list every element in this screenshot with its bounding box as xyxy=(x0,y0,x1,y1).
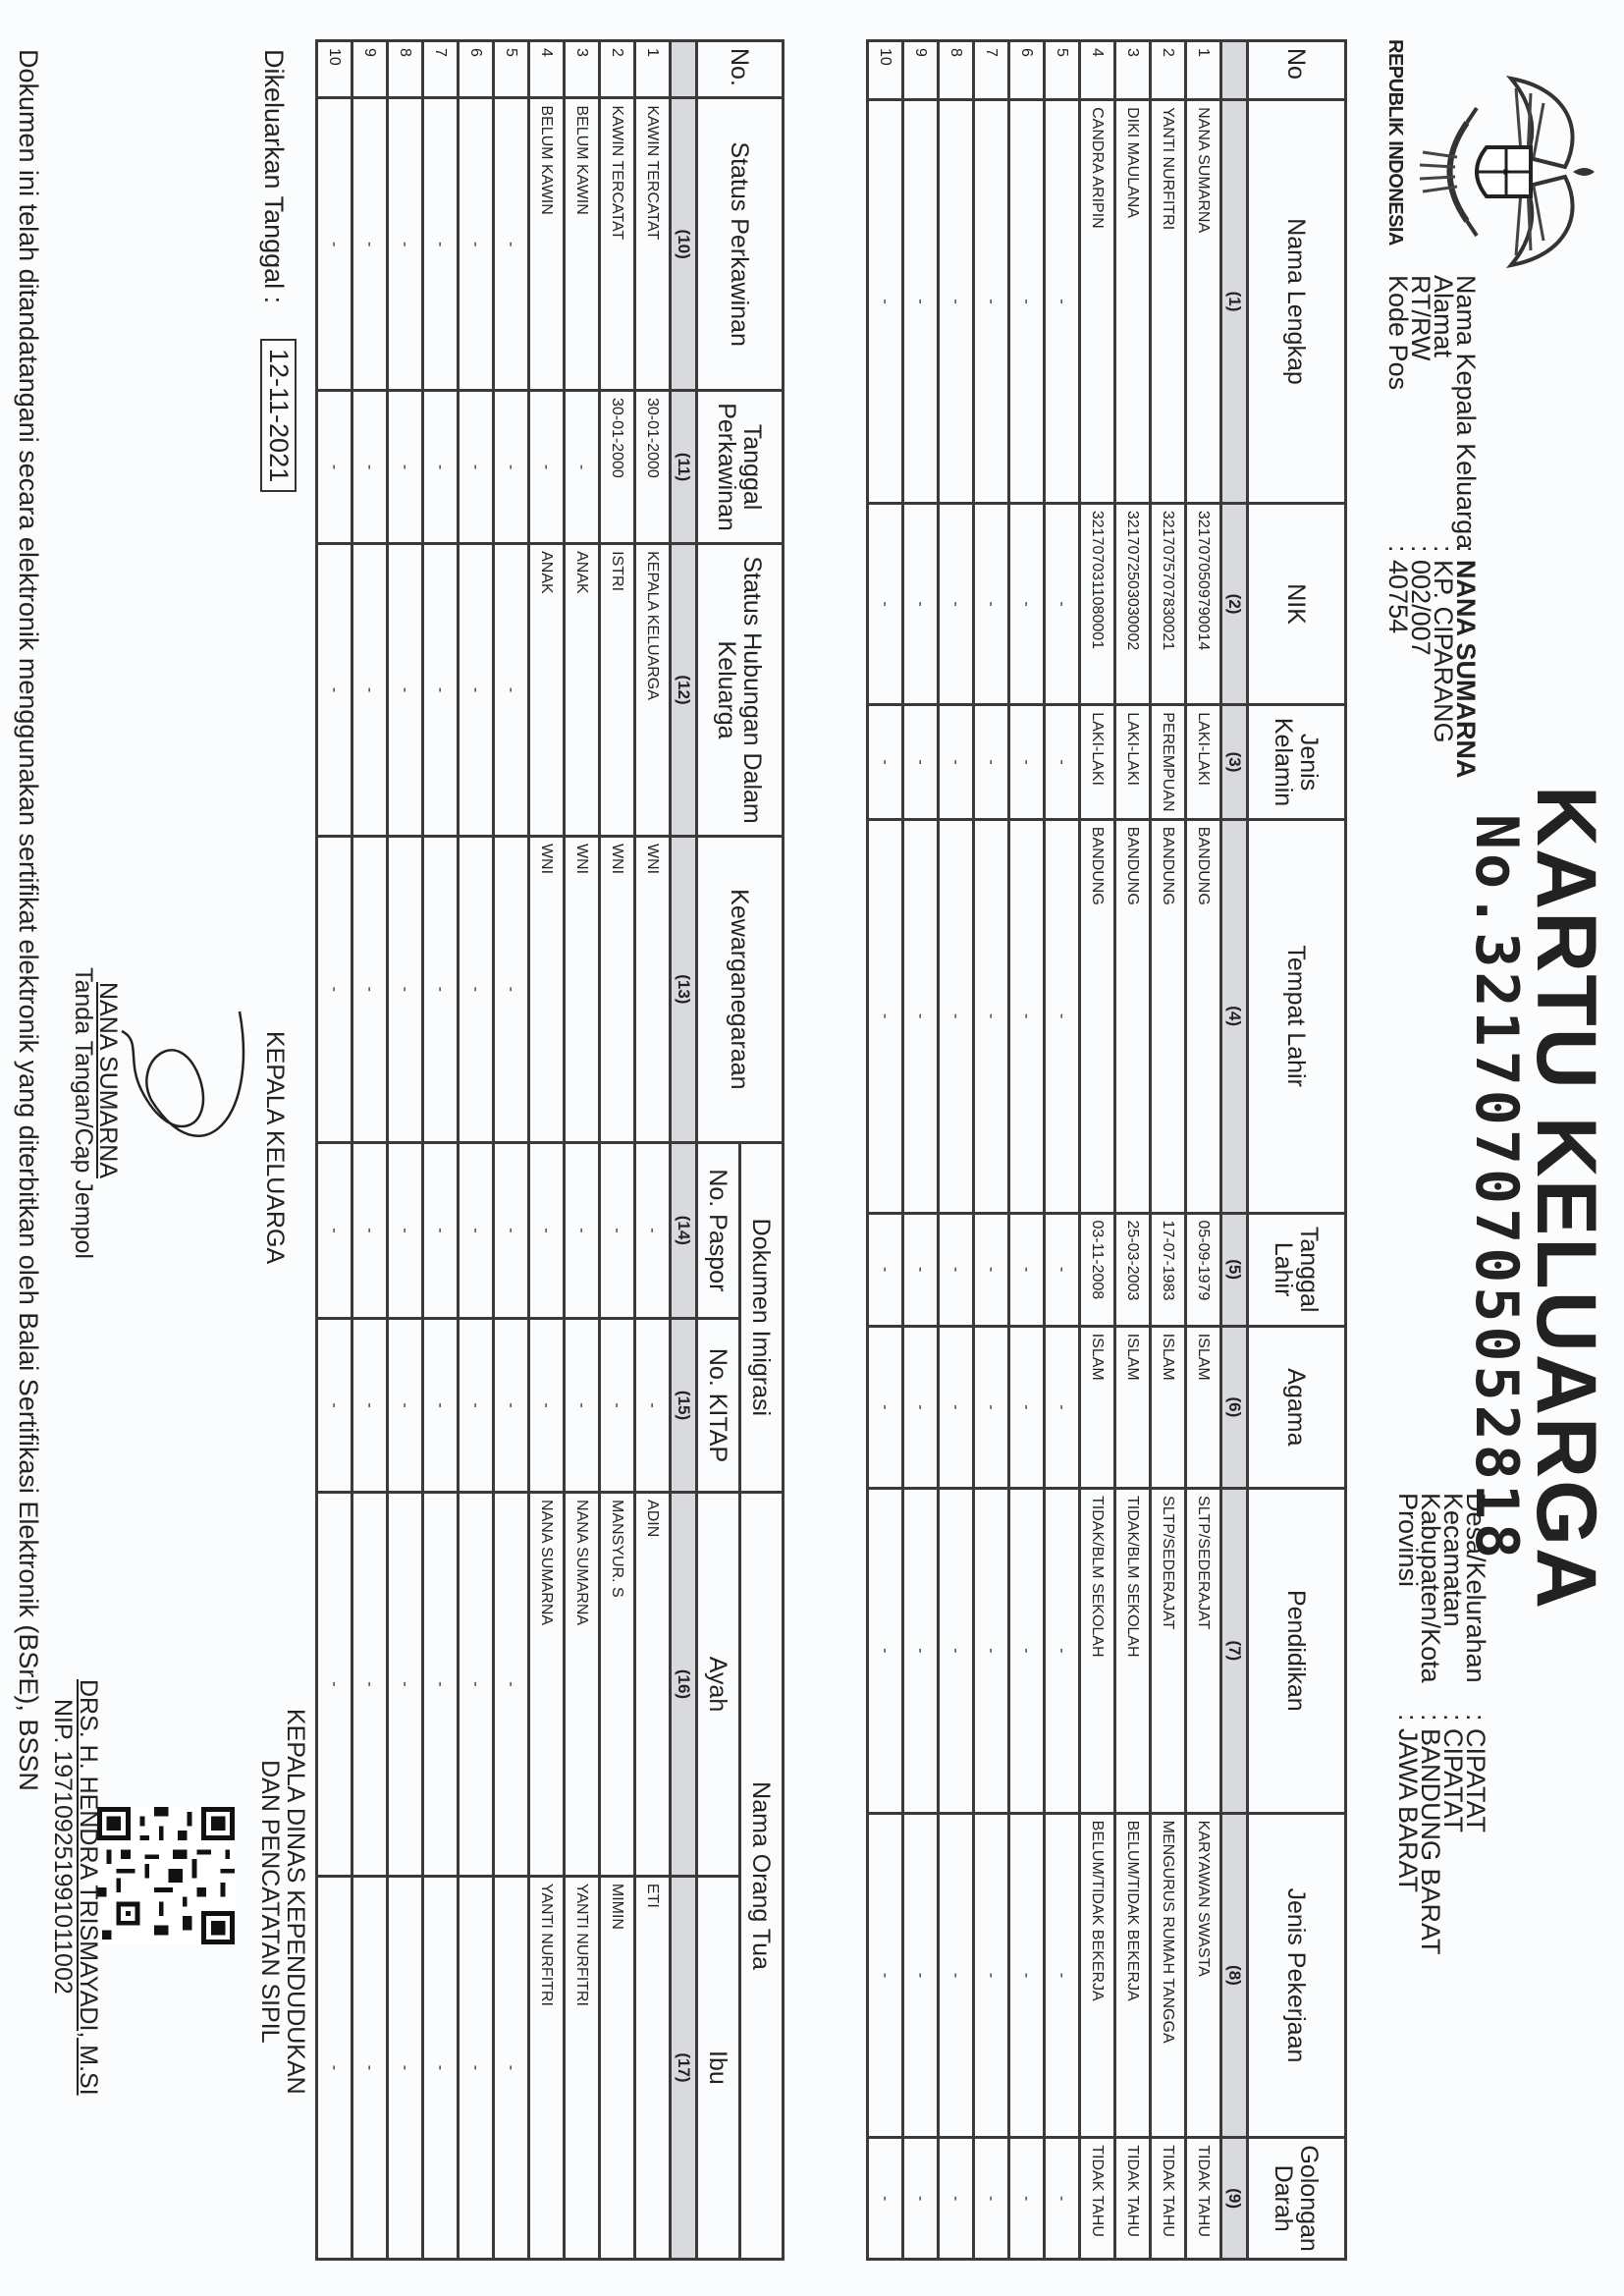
table-cell: TIDAK/BLM SEKOLAH xyxy=(1080,1489,1115,1814)
table-cell: - xyxy=(939,1213,974,1326)
table-cell: - xyxy=(868,1213,903,1326)
table-cell: - xyxy=(974,2138,1009,2260)
table-cell: 9 xyxy=(903,41,939,100)
table-cell: ADIN xyxy=(635,1493,671,1877)
column-index xyxy=(671,41,697,98)
table-cell: - xyxy=(939,1326,974,1488)
table-cell: 8 xyxy=(388,41,423,98)
table-cell: - xyxy=(565,390,600,543)
table-row: 1KAWIN TERCATAT30-01-2000KEPALA KELUARGA… xyxy=(635,41,671,2260)
table-cell: - xyxy=(868,1326,903,1488)
column-index: (12) xyxy=(671,544,697,837)
table-cell: ISLAM xyxy=(1115,1326,1151,1488)
table-cell: 3217075707830021 xyxy=(1151,503,1186,704)
table-cell: 3 xyxy=(565,41,600,98)
table-cell: BELUM KAWIN xyxy=(565,98,600,391)
table-cell: - xyxy=(939,819,974,1213)
column-index: (16) xyxy=(671,1493,697,1877)
table-cell: - xyxy=(529,1319,565,1493)
table-cell: - xyxy=(903,1813,939,2138)
table-row: 3DIKI MAULANA3217072503030002LAKI-LAKIBA… xyxy=(1115,41,1151,2260)
country-label: REPUBLIK INDONESIA xyxy=(1383,39,1406,246)
table-cell: - xyxy=(939,705,974,820)
table-cell: - xyxy=(317,1142,352,1318)
table-cell: - xyxy=(903,2138,939,2260)
table-cell: - xyxy=(600,1142,635,1318)
table-cell: - xyxy=(459,1142,494,1318)
table-cell: - xyxy=(903,705,939,820)
table-cell: - xyxy=(635,1142,671,1318)
col-no-kitap: No. KITAP xyxy=(697,1319,740,1493)
table-cell: 8 xyxy=(939,41,974,100)
kk-number-label: No. xyxy=(1462,814,1531,932)
table-cell: - xyxy=(494,98,529,391)
head-of-family-name: NANA SUMARNA xyxy=(93,982,122,1178)
table-cell: - xyxy=(939,1489,974,1814)
table-cell: - xyxy=(423,1319,459,1493)
table-cell: KEPALA KELUARGA xyxy=(635,544,671,837)
table-cell: MIMIN xyxy=(600,1876,635,2259)
col-nama-lengkap: Nama Lengkap xyxy=(1248,100,1346,504)
table-cell: - xyxy=(903,1326,939,1488)
family-status-table: No. Status Perkawinan Tanggal Perkawinan… xyxy=(315,39,785,2261)
table-cell: NANA SUMARNA xyxy=(529,1493,565,1877)
table-cell: - xyxy=(868,705,903,820)
value-provinsi: JAWA BARAT xyxy=(1393,1728,1423,1892)
col-tanggal-lahir: Tanggal Lahir xyxy=(1248,1213,1346,1326)
table-cell: KARYAWAN SWASTA xyxy=(1186,1813,1221,2138)
table-cell: NANA SUMARNA xyxy=(565,1493,600,1877)
table-cell: - xyxy=(868,1813,903,2138)
table-cell: - xyxy=(459,1319,494,1493)
col-tempat-lahir: Tempat Lahir xyxy=(1248,819,1346,1213)
col-jenis-pekerjaan: Jenis Pekerjaan xyxy=(1248,1813,1346,2138)
table-cell: 30-01-2000 xyxy=(600,390,635,543)
col-jenis-kelamin: Jenis Kelamin xyxy=(1248,705,1346,820)
col-golongan-darah: Golongan Darah xyxy=(1248,2138,1346,2260)
table-row: 8--------- xyxy=(939,41,974,2260)
table-cell: - xyxy=(939,1813,974,2138)
table-cell: TIDAK/BLM SEKOLAH xyxy=(1115,1489,1151,1814)
table-cell: - xyxy=(1009,1213,1045,1326)
table-cell: - xyxy=(868,100,903,504)
table-row: 10-------- xyxy=(317,41,352,2260)
table-cell: - xyxy=(317,836,352,1142)
table-row: 2KAWIN TERCATAT30-01-2000ISTRIWNI--MANSY… xyxy=(600,41,635,2260)
column-index xyxy=(1221,41,1248,100)
table-cell: - xyxy=(388,1493,423,1877)
table-cell: - xyxy=(459,390,494,543)
column-index: (13) xyxy=(671,836,697,1142)
table-cell: - xyxy=(903,1489,939,1814)
table-cell: ANAK xyxy=(565,544,600,837)
table2-header-row-1: No. Status Perkawinan Tanggal Perkawinan… xyxy=(740,41,784,2260)
table-cell: 7 xyxy=(423,41,459,98)
col-no-2: No. xyxy=(697,41,784,98)
col-status-hubungan: Status Hubungan Dalam Keluarga xyxy=(697,544,784,837)
column-index: (2) xyxy=(1221,503,1248,704)
table-cell: SLTP/SEDERAJAT xyxy=(1151,1489,1186,1814)
table-cell: - xyxy=(1045,2138,1080,2260)
household-values: : NANA SUMARNA : KP. CIPARANG : 002/007 … xyxy=(1386,545,1477,779)
table-cell: KAWIN TERCATAT xyxy=(600,98,635,391)
table-cell: - xyxy=(388,1142,423,1318)
table-cell: MANSYUR. S xyxy=(600,1493,635,1877)
table-cell: - xyxy=(317,1493,352,1877)
table-cell: - xyxy=(974,1326,1009,1488)
table-cell: TIDAK TAHU xyxy=(1186,2138,1221,2260)
table-row: 9-------- xyxy=(352,41,388,2260)
table-cell: - xyxy=(352,98,388,391)
table-cell: - xyxy=(317,544,352,837)
table-cell: - xyxy=(1045,1213,1080,1326)
table-cell: - xyxy=(459,98,494,391)
table-cell: - xyxy=(352,1493,388,1877)
table-cell: BELUM/TIDAK BEKERJA xyxy=(1115,1813,1151,2138)
table-cell: - xyxy=(423,390,459,543)
table-cell: - xyxy=(1009,1326,1045,1488)
region-labels: Desa/Kelurahan Kecamatan Kabupaten/Kota … xyxy=(1396,1493,1487,1683)
table-cell: - xyxy=(974,503,1009,704)
table-cell: BANDUNG xyxy=(1151,819,1186,1213)
table-cell: - xyxy=(494,1493,529,1877)
col-nama-orang-tua: Nama Orang Tua xyxy=(740,1493,784,2260)
table-cell: - xyxy=(423,1876,459,2259)
table-cell: - xyxy=(1009,1489,1045,1814)
col-kewarganegaraan: Kewarganegaraan xyxy=(697,836,784,1142)
qr-code-icon[interactable] xyxy=(92,1807,240,1944)
table-cell: BANDUNG xyxy=(1080,819,1115,1213)
col-no: No xyxy=(1248,41,1346,100)
table-cell: - xyxy=(1045,819,1080,1213)
column-index: (11) xyxy=(671,390,697,543)
table-cell: - xyxy=(939,2138,974,2260)
table-row: 4BELUM KAWIN-ANAKWNI--NANA SUMARNAYANTI … xyxy=(529,41,565,2260)
table-cell: - xyxy=(317,98,352,391)
table-cell: 1 xyxy=(635,41,671,98)
table-cell: - xyxy=(1009,100,1045,504)
table-cell: 10 xyxy=(317,41,352,98)
label-kode-pos: Kode Pos xyxy=(1386,275,1409,549)
table-cell: - xyxy=(1009,705,1045,820)
table-cell: - xyxy=(388,836,423,1142)
table-cell: - xyxy=(868,819,903,1213)
column-index: (10) xyxy=(671,98,697,391)
table-cell: LAKI-LAKI xyxy=(1080,705,1115,820)
table-cell: - xyxy=(352,1319,388,1493)
table-cell: - xyxy=(388,390,423,543)
col-no-paspor: No. Paspor xyxy=(697,1142,740,1318)
table-cell: - xyxy=(1045,705,1080,820)
table-cell: CANDRA ARIPIN xyxy=(1080,100,1115,504)
table-cell: - xyxy=(1045,1813,1080,2138)
table-cell: - xyxy=(868,2138,903,2260)
table-cell: - xyxy=(494,390,529,543)
table-cell: - xyxy=(529,390,565,543)
table-cell: - xyxy=(600,1319,635,1493)
table-cell: - xyxy=(494,1319,529,1493)
table-cell: MENGURUS RUMAH TANGGA xyxy=(1151,1813,1186,2138)
table-row: 7-------- xyxy=(423,41,459,2260)
table-cell: YANTI NURFITRI xyxy=(529,1876,565,2259)
issued-date: 12-11-2021 xyxy=(260,339,297,492)
table-cell: 2 xyxy=(600,41,635,98)
table-cell: LAKI-LAKI xyxy=(1186,705,1221,820)
table-cell: LAKI-LAKI xyxy=(1115,705,1151,820)
table-cell: - xyxy=(352,1876,388,2259)
table-cell: - xyxy=(1045,503,1080,704)
col-tanggal-perkawinan: Tanggal Perkawinan xyxy=(697,390,784,543)
table-cell: 3217072503030002 xyxy=(1115,503,1151,704)
value-kode-pos: 40754 xyxy=(1383,560,1413,633)
table-row: 7--------- xyxy=(974,41,1009,2260)
table-cell: 30-01-2000 xyxy=(635,390,671,543)
table-cell: WNI xyxy=(529,836,565,1142)
table-cell: ISLAM xyxy=(1186,1326,1221,1488)
column-index: (15) xyxy=(671,1319,697,1493)
table-cell: - xyxy=(459,544,494,837)
col-agama: Agama xyxy=(1248,1326,1346,1488)
table-cell: BANDUNG xyxy=(1115,819,1151,1213)
household-labels: Nama Kepala Keluarga Alamat RT/RW Kode P… xyxy=(1386,275,1477,549)
table-cell: - xyxy=(459,836,494,1142)
table-cell: 3 xyxy=(1115,41,1151,100)
table-row: 9--------- xyxy=(903,41,939,2260)
column-index: (6) xyxy=(1221,1326,1248,1488)
table-cell: NANA SUMARNA xyxy=(1186,100,1221,504)
table-cell: - xyxy=(1009,819,1045,1213)
table-cell: SLTP/SEDERAJAT xyxy=(1186,1489,1221,1814)
table-cell: - xyxy=(388,1319,423,1493)
col-ayah: Ayah xyxy=(697,1493,740,1877)
table-cell: BELUM KAWIN xyxy=(529,98,565,391)
table-cell: - xyxy=(352,390,388,543)
table-cell: 05-09-1979 xyxy=(1186,1213,1221,1326)
table-cell: - xyxy=(868,1489,903,1814)
col-ibu: Ibu xyxy=(697,1876,740,2259)
table-cell: - xyxy=(939,503,974,704)
table-cell: - xyxy=(494,1876,529,2259)
table-cell: - xyxy=(1009,503,1045,704)
table-cell: ANAK xyxy=(529,544,565,837)
table-cell: - xyxy=(565,1319,600,1493)
garuda-emblem-icon xyxy=(1408,69,1604,275)
table1-header-row: No Nama Lengkap NIK Jenis Kelamin Tempat… xyxy=(1248,41,1346,2260)
table-cell: 5 xyxy=(494,41,529,98)
table-cell: TIDAK TAHU xyxy=(1151,2138,1186,2260)
table-cell: - xyxy=(903,503,939,704)
kartu-keluarga-document: REPUBLIK INDONESIA Nama Kepala Keluarga … xyxy=(0,0,1624,2296)
table-cell: - xyxy=(388,1876,423,2259)
official-name: DRS. H. HENDRA TRISMAYADI, M.SI xyxy=(74,1679,102,2096)
table-cell: - xyxy=(494,1142,529,1318)
table-cell: - xyxy=(974,819,1009,1213)
table-cell: - xyxy=(974,1213,1009,1326)
signature-caption: Tanda Tangan/Cap Jempol xyxy=(69,967,97,1259)
agency-title: KEPALA DINAS KEPENDUDUKAN DAN PENCATATAN… xyxy=(257,1709,308,2095)
official-nip: NIP. 197109251991011002 xyxy=(48,1699,77,1995)
col-dokumen-imigrasi: Dokumen Imigrasi xyxy=(740,1142,784,1492)
table-row: 6--------- xyxy=(1009,41,1045,2260)
table-cell: 1 xyxy=(1186,41,1221,100)
table-cell: 10 xyxy=(868,41,903,100)
col-nik: NIK xyxy=(1248,503,1346,704)
signature-icon xyxy=(112,982,259,1198)
column-index: (8) xyxy=(1221,1813,1248,2138)
table-cell: BANDUNG xyxy=(1186,819,1221,1213)
table-cell: - xyxy=(1045,100,1080,504)
table-cell: - xyxy=(317,1876,352,2259)
table-cell: 3217070509790014 xyxy=(1186,503,1221,704)
table2-column-index-row: (10)(11)(12)(13)(14)(15)(16)(17) xyxy=(671,41,697,2260)
column-index: (5) xyxy=(1221,1213,1248,1326)
table-cell: 5 xyxy=(1045,41,1080,100)
table-row: 3BELUM KAWIN-ANAKWNI--NANA SUMARNAYANTI … xyxy=(565,41,600,2260)
table-cell: 6 xyxy=(459,41,494,98)
table-cell: 25-03-2003 xyxy=(1115,1213,1151,1326)
table-cell: ISLAM xyxy=(1151,1326,1186,1488)
table-cell: BELUM/TIDAK BEKERJA xyxy=(1080,1813,1115,2138)
table-cell: - xyxy=(459,1493,494,1877)
col-status-perkawinan: Status Perkawinan xyxy=(697,98,784,391)
table-cell: - xyxy=(352,1142,388,1318)
table-cell: - xyxy=(423,1493,459,1877)
table-cell: - xyxy=(903,1213,939,1326)
table-cell: 6 xyxy=(1009,41,1045,100)
table-cell: - xyxy=(903,100,939,504)
table-cell: WNI xyxy=(600,836,635,1142)
column-index: (1) xyxy=(1221,100,1248,504)
agency-title-line1: KEPALA DINAS KEPENDUDUKAN xyxy=(283,1709,308,2095)
table-cell: - xyxy=(388,544,423,837)
table-cell: - xyxy=(423,544,459,837)
table-cell: - xyxy=(423,836,459,1142)
table-cell: PEREMPUAN xyxy=(1151,705,1186,820)
table-cell: 4 xyxy=(1080,41,1115,100)
table-row: 2YANTI NURFITRI3217075707830021PEREMPUAN… xyxy=(1151,41,1186,2260)
column-index: (4) xyxy=(1221,819,1248,1213)
table-cell: DIKI MAULANA xyxy=(1115,100,1151,504)
agency-title-line2: DAN PENCATATAN SIPIL xyxy=(257,1709,283,2095)
table-cell: - xyxy=(352,836,388,1142)
table-cell: YANTI NURFITRI xyxy=(1151,100,1186,504)
table-cell: - xyxy=(1009,2138,1045,2260)
col-pendidikan: Pendidikan xyxy=(1248,1489,1346,1814)
electronic-signature-note: Dokumen ini telah ditandatangani secara … xyxy=(13,49,43,1791)
table1-column-index-row: (1)(2)(3)(4)(5)(6)(7)(8)(9) xyxy=(1221,41,1248,2260)
table-cell: - xyxy=(494,544,529,837)
table-cell: TIDAK TAHU xyxy=(1080,2138,1115,2260)
table-cell: - xyxy=(1045,1489,1080,1814)
table-cell: - xyxy=(317,1319,352,1493)
table-cell: - xyxy=(423,98,459,391)
table-cell: ETI xyxy=(635,1876,671,2259)
table-row: 5-------- xyxy=(494,41,529,2260)
column-index: (7) xyxy=(1221,1489,1248,1814)
table-row: 6-------- xyxy=(459,41,494,2260)
table-cell: - xyxy=(974,1813,1009,2138)
table-cell: - xyxy=(388,98,423,391)
region-values: : CIPATAT : CIPATAT : BANDUNG BARAT : JA… xyxy=(1396,1714,1487,1955)
table-row: 5--------- xyxy=(1045,41,1080,2260)
table-cell: - xyxy=(974,705,1009,820)
table-cell: 9 xyxy=(352,41,388,98)
table-cell: - xyxy=(459,1876,494,2259)
table-cell: KAWIN TERCATAT xyxy=(635,98,671,391)
table-row: 8-------- xyxy=(388,41,423,2260)
table-cell: WNI xyxy=(635,836,671,1142)
table-cell: 3217070311080001 xyxy=(1080,503,1115,704)
table-cell: - xyxy=(423,1142,459,1318)
column-index: (14) xyxy=(671,1142,697,1318)
table-cell: 2 xyxy=(1151,41,1186,100)
table-row: 4CANDRA ARIPIN3217070311080001LAKI-LAKIB… xyxy=(1080,41,1115,2260)
table-cell: 7 xyxy=(974,41,1009,100)
kk-number-value: 3217070705052818 xyxy=(1462,932,1531,1562)
table-cell: - xyxy=(352,544,388,837)
table-cell: - xyxy=(974,1489,1009,1814)
table-cell: - xyxy=(974,100,1009,504)
table-cell: - xyxy=(1045,1326,1080,1488)
column-index: (17) xyxy=(671,1876,697,2259)
table-cell: - xyxy=(903,819,939,1213)
document-title: KARTU KELUARGA xyxy=(1517,756,1614,1640)
table-cell: - xyxy=(565,1142,600,1318)
table-cell: TIDAK TAHU xyxy=(1115,2138,1151,2260)
table-cell: - xyxy=(1009,1813,1045,2138)
head-of-family-label: KEPALA KELUARGA xyxy=(260,1031,289,1264)
table-row: 1NANA SUMARNA3217070509790014LAKI-LAKIBA… xyxy=(1186,41,1221,2260)
table-cell: - xyxy=(317,390,352,543)
table-cell: 4 xyxy=(529,41,565,98)
table-cell: ISLAM xyxy=(1080,1326,1115,1488)
table-cell: 03-11-2008 xyxy=(1080,1213,1115,1326)
table-cell: - xyxy=(939,100,974,504)
table-cell: 17-07-1983 xyxy=(1151,1213,1186,1326)
table-cell: WNI xyxy=(565,836,600,1142)
table-cell: - xyxy=(635,1319,671,1493)
column-index: (3) xyxy=(1221,705,1248,820)
table-cell: YANTI NURFITRI xyxy=(565,1876,600,2259)
issued-label: Dikeluarkan Tanggal : xyxy=(258,49,289,303)
family-members-table: No Nama Lengkap NIK Jenis Kelamin Tempat… xyxy=(866,39,1347,2261)
column-index: (9) xyxy=(1221,2138,1248,2260)
table-cell: - xyxy=(494,836,529,1142)
table-cell: - xyxy=(868,503,903,704)
table-row: 10--------- xyxy=(868,41,903,2260)
table-cell: ISTRI xyxy=(600,544,635,837)
table-cell: - xyxy=(529,1142,565,1318)
